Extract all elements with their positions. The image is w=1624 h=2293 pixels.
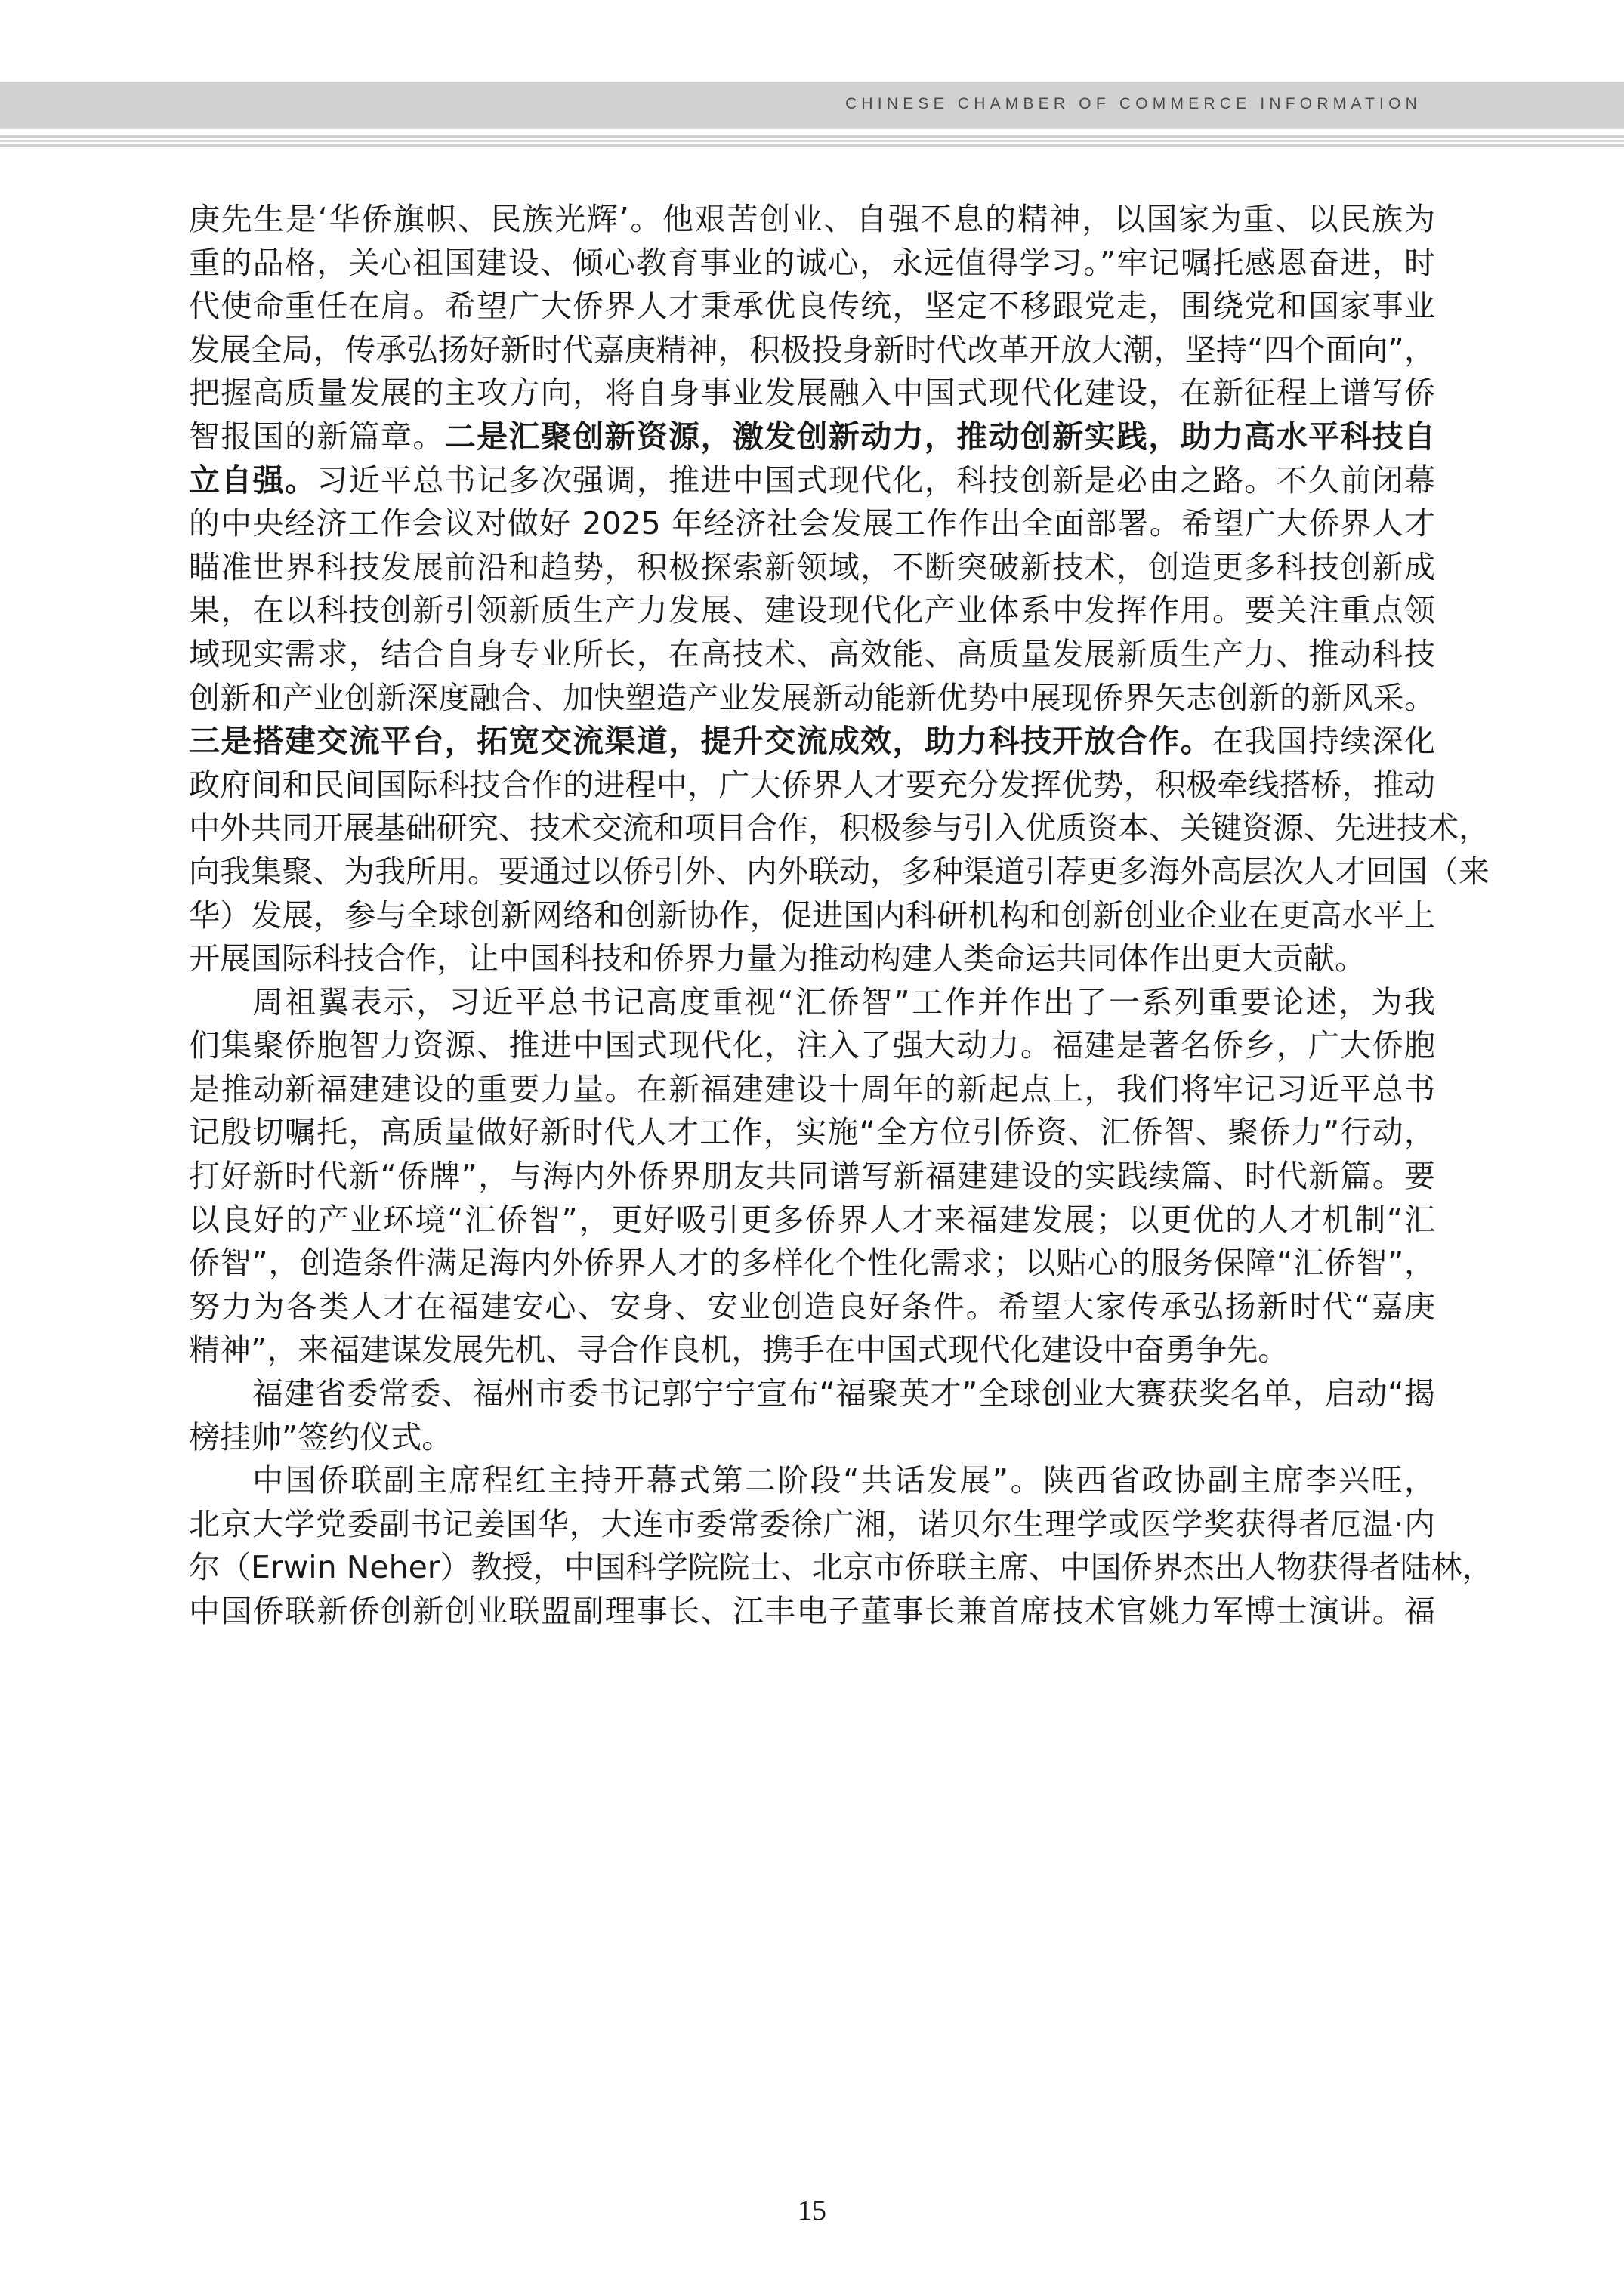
text-line: 域现实需求，结合自身专业所长，在高技术、高效能、高质量发展新质生产力、推动科技 bbox=[189, 633, 1435, 677]
text-line: 发展全局，传承弘扬好新时代嘉庚精神，积极投身新时代改革开放大潮，坚持“四个面向”… bbox=[189, 329, 1435, 372]
body-text: 在我国持续深化 bbox=[1212, 723, 1435, 759]
body-text: 重的品格，关心祖国建设、倾心教育事业的诚心，永远值得学习。”牢记嘱托感恩奋进，时 bbox=[189, 245, 1435, 281]
body-text: 努力为各类人才在福建安心、安身、安业创造良好条件。希望大家传承弘扬新时代“嘉庚 bbox=[189, 1288, 1435, 1325]
body-text: 庚先生是‘华侨旗帜、民族光辉’。他艰苦创业、自强不息的精神，以国家为重、以民族为 bbox=[189, 201, 1435, 237]
text-line: 中国侨联新侨创新创业联盟副理事长、江丰电子董事长兼首席技术官姚力军博士演讲。福 bbox=[189, 1590, 1435, 1634]
text-line: 立自强。习近平总书记多次强调，推进中国式现代化，科技创新是必由之路。不久前闭幕 bbox=[189, 459, 1435, 503]
text-line: 代使命重任在肩。希望广大侨界人才秉承优良传统，坚定不移跟党走，围绕党和国家事业 bbox=[189, 285, 1435, 329]
body-text: 政府间和民间国际科技合作的进程中，广大侨界人才要充分发挥优势，积极牵线搭桥，推动 bbox=[189, 767, 1435, 803]
body-text: 以良好的产业环境“汇侨智”，更好吸引更多侨界人才来福建发展；以更优的人才机制“汇 bbox=[189, 1202, 1435, 1238]
running-header-title: CHINESE CHAMBER OF COMMERCE INFORMATION bbox=[845, 95, 1422, 113]
text-line: 侨智”，创造条件满足海内外侨界人才的多样化个性化需求；以贴心的服务保障“汇侨智”… bbox=[189, 1242, 1435, 1285]
text-line: 政府间和民间国际科技合作的进程中，广大侨界人才要充分发挥优势，积极牵线搭桥，推动 bbox=[189, 764, 1435, 807]
text-line: 打好新时代新“侨牌”，与海内外侨界朋友共同谱写新福建建设的实践续篇、时代新篇。要 bbox=[189, 1155, 1435, 1199]
text-line: 重的品格，关心祖国建设、倾心教育事业的诚心，永远值得学习。”牢记嘱托感恩奋进，时 bbox=[189, 242, 1435, 285]
header-divider bbox=[0, 135, 1624, 138]
text-line: 精神”，来福建谋发展先机、寻合作良机，携手在中国式现代化建设中奋勇争先。 bbox=[189, 1329, 1435, 1372]
text-line: 榜挂帅”签约仪式。 bbox=[189, 1416, 1435, 1460]
body-text: 福建省委常委、福州市委书记郭宁宁宣布“福聚英才”全球创业大赛获奖名单，启动“揭 bbox=[252, 1375, 1435, 1412]
body-text: 周祖翼表示，习近平总书记高度重视“汇侨智”工作并作出了一系列重要论述，为我 bbox=[252, 984, 1435, 1020]
body-text: 的中央经济工作会议对做好 2025 年经济社会发展工作作出全面部署。希望广大侨界… bbox=[189, 505, 1435, 542]
emphasized-text: 三是搭建交流平台，拓宽交流渠道，提升交流成效，助力科技开放合作。 bbox=[189, 723, 1212, 759]
emphasized-text: 二是汇聚创新资源，激发创新动力，推动创新实践，助力高水平科技自 bbox=[445, 418, 1435, 455]
article-body: 庚先生是‘华侨旗帜、民族光辉’。他艰苦创业、自强不息的精神，以国家为重、以民族为… bbox=[189, 198, 1435, 1634]
body-text: 瞄准世界科技发展前沿和趋势，积极探索新领域，不断突破新技术，创造更多科技创新成 bbox=[189, 549, 1435, 585]
text-line: 是推动新福建建设的重要力量。在新福建建设十周年的新起点上，我们将牢记习近平总书 bbox=[189, 1068, 1435, 1112]
body-text: 发展全局，传承弘扬好新时代嘉庚精神，积极投身新时代改革开放大潮，坚持“四个面向”… bbox=[189, 332, 1435, 368]
body-text: 代使命重任在肩。希望广大侨界人才秉承优良传统，坚定不移跟党走，围绕党和国家事业 bbox=[189, 288, 1435, 324]
emphasized-text: 立自强。 bbox=[189, 462, 316, 498]
text-line: 的中央经济工作会议对做好 2025 年经济社会发展工作作出全面部署。希望广大侨界… bbox=[189, 502, 1435, 546]
body-text: 智报国的新篇章。 bbox=[189, 418, 445, 455]
header-divider bbox=[0, 140, 1624, 142]
body-text: 开展国际科技合作，让中国科技和侨界力量为推动构建人类命运共同体作出更大贡献。 bbox=[189, 940, 1366, 977]
running-header-band: CHINESE CHAMBER OF COMMERCE INFORMATION bbox=[0, 82, 1624, 129]
text-line: 周祖翼表示，习近平总书记高度重视“汇侨智”工作并作出了一系列重要论述，为我 bbox=[189, 981, 1435, 1025]
text-line: 中外共同开展基础研究、技术交流和项目合作，积极参与引入优质资本、关键资源、先进技… bbox=[189, 807, 1435, 850]
body-text: 向我集聚、为我所用。要通过以侨引外、内外联动，多种渠道引荐更多海外高层次人才回国… bbox=[189, 853, 1490, 890]
body-text: 域现实需求，结合自身专业所长，在高技术、高效能、高质量发展新质生产力、推动科技 bbox=[189, 636, 1435, 672]
body-text: 创新和产业创新深度融合、加快塑造产业发展新动能新优势中展现侨界矢志创新的新风采。 bbox=[189, 680, 1435, 716]
body-text: 是推动新福建建设的重要力量。在新福建建设十周年的新起点上，我们将牢记习近平总书 bbox=[189, 1071, 1435, 1107]
text-line: 华）发展，参与全球创新网络和创新协作，促进国内科研机构和创新创业企业在更高水平上 bbox=[189, 894, 1435, 938]
body-text: 把握高质量发展的主攻方向，将自身事业发展融入中国式现代化建设，在新征程上谱写侨 bbox=[189, 375, 1435, 411]
text-line: 三是搭建交流平台，拓宽交流渠道，提升交流成效，助力科技开放合作。在我国持续深化 bbox=[189, 720, 1435, 764]
body-text: 习近平总书记多次强调，推进中国式现代化，科技创新是必由之路。不久前闭幕 bbox=[316, 462, 1435, 498]
text-line: 开展国际科技合作，让中国科技和侨界力量为推动构建人类命运共同体作出更大贡献。 bbox=[189, 937, 1435, 981]
text-line: 果，在以科技创新引领新质生产力发展、建设现代化产业体系中发挥作用。要关注重点领 bbox=[189, 589, 1435, 633]
text-line: 智报国的新篇章。二是汇聚创新资源，激发创新动力，推动创新实践，助力高水平科技自 bbox=[189, 415, 1435, 459]
text-line: 记殷切嘱托，高质量做好新时代人才工作，实施“全方位引侨资、汇侨智、聚侨力”行动， bbox=[189, 1111, 1435, 1155]
body-text: 精神”，来福建谋发展先机、寻合作良机，携手在中国式现代化建设中奋勇争先。 bbox=[189, 1332, 1289, 1368]
text-line: 们集聚侨胞智力资源、推进中国式现代化，注入了强大动力。福建是著名侨乡，广大侨胞 bbox=[189, 1024, 1435, 1068]
text-line: 福建省委常委、福州市委书记郭宁宁宣布“福聚英才”全球创业大赛获奖名单，启动“揭 bbox=[189, 1372, 1435, 1416]
body-text: 打好新时代新“侨牌”，与海内外侨界朋友共同谱写新福建建设的实践续篇、时代新篇。要 bbox=[189, 1158, 1435, 1194]
body-text: 侨智”，创造条件满足海内外侨界人才的多样化个性化需求；以贴心的服务保障“汇侨智”… bbox=[189, 1245, 1435, 1281]
text-line: 以良好的产业环境“汇侨智”，更好吸引更多侨界人才来福建发展；以更优的人才机制“汇 bbox=[189, 1199, 1435, 1242]
text-line: 中国侨联副主席程红主持开幕式第二阶段“共话发展”。陕西省政协副主席李兴旺， bbox=[189, 1459, 1435, 1503]
body-text: 中国侨联副主席程红主持开幕式第二阶段“共话发展”。陕西省政协副主席李兴旺， bbox=[252, 1462, 1435, 1498]
text-line: 庚先生是‘华侨旗帜、民族光辉’。他艰苦创业、自强不息的精神，以国家为重、以民族为 bbox=[189, 198, 1435, 242]
text-line: 尔（Erwin Neher）教授，中国科学院院士、北京市侨联主席、中国侨界杰出人… bbox=[189, 1546, 1435, 1590]
body-text: 记殷切嘱托，高质量做好新时代人才工作，实施“全方位引侨资、汇侨智、聚侨力”行动， bbox=[189, 1114, 1435, 1150]
body-text: 榜挂帅”签约仪式。 bbox=[189, 1419, 452, 1455]
text-line: 把握高质量发展的主攻方向，将自身事业发展融入中国式现代化建设，在新征程上谱写侨 bbox=[189, 372, 1435, 415]
text-line: 努力为各类人才在福建安心、安身、安业创造良好条件。希望大家传承弘扬新时代“嘉庚 bbox=[189, 1285, 1435, 1329]
body-text: 中外共同开展基础研究、技术交流和项目合作，积极参与引入优质资本、关键资源、先进技… bbox=[189, 810, 1490, 846]
text-line: 瞄准世界科技发展前沿和趋势，积极探索新领域，不断突破新技术，创造更多科技创新成 bbox=[189, 546, 1435, 590]
body-text: 尔（Erwin Neher）教授，中国科学院院士、北京市侨联主席、中国侨界杰出人… bbox=[189, 1549, 1493, 1585]
body-text: 北京大学党委副书记姜国华，大连市委常委徐广湘，诺贝尔生理学或医学奖获得者厄温·内 bbox=[189, 1506, 1435, 1542]
text-line: 向我集聚、为我所用。要通过以侨引外、内外联动，多种渠道引荐更多海外高层次人才回国… bbox=[189, 850, 1435, 894]
text-line: 北京大学党委副书记姜国华，大连市委常委徐广湘，诺贝尔生理学或医学奖获得者厄温·内 bbox=[189, 1503, 1435, 1547]
body-text: 们集聚侨胞智力资源、推进中国式现代化，注入了强大动力。福建是著名侨乡，广大侨胞 bbox=[189, 1027, 1435, 1063]
body-text: 华）发展，参与全球创新网络和创新协作，促进国内科研机构和创新创业企业在更高水平上 bbox=[189, 897, 1435, 934]
text-line: 创新和产业创新深度融合、加快塑造产业发展新动能新优势中展现侨界矢志创新的新风采。 bbox=[189, 677, 1435, 721]
body-text: 果，在以科技创新引领新质生产力发展、建设现代化产业体系中发挥作用。要关注重点领 bbox=[189, 592, 1435, 628]
page-number: 15 bbox=[0, 2194, 1624, 2227]
body-text: 中国侨联新侨创新创业联盟副理事长、江丰电子董事长兼首席技术官姚力军博士演讲。福 bbox=[189, 1593, 1435, 1629]
header-divider bbox=[0, 144, 1624, 147]
